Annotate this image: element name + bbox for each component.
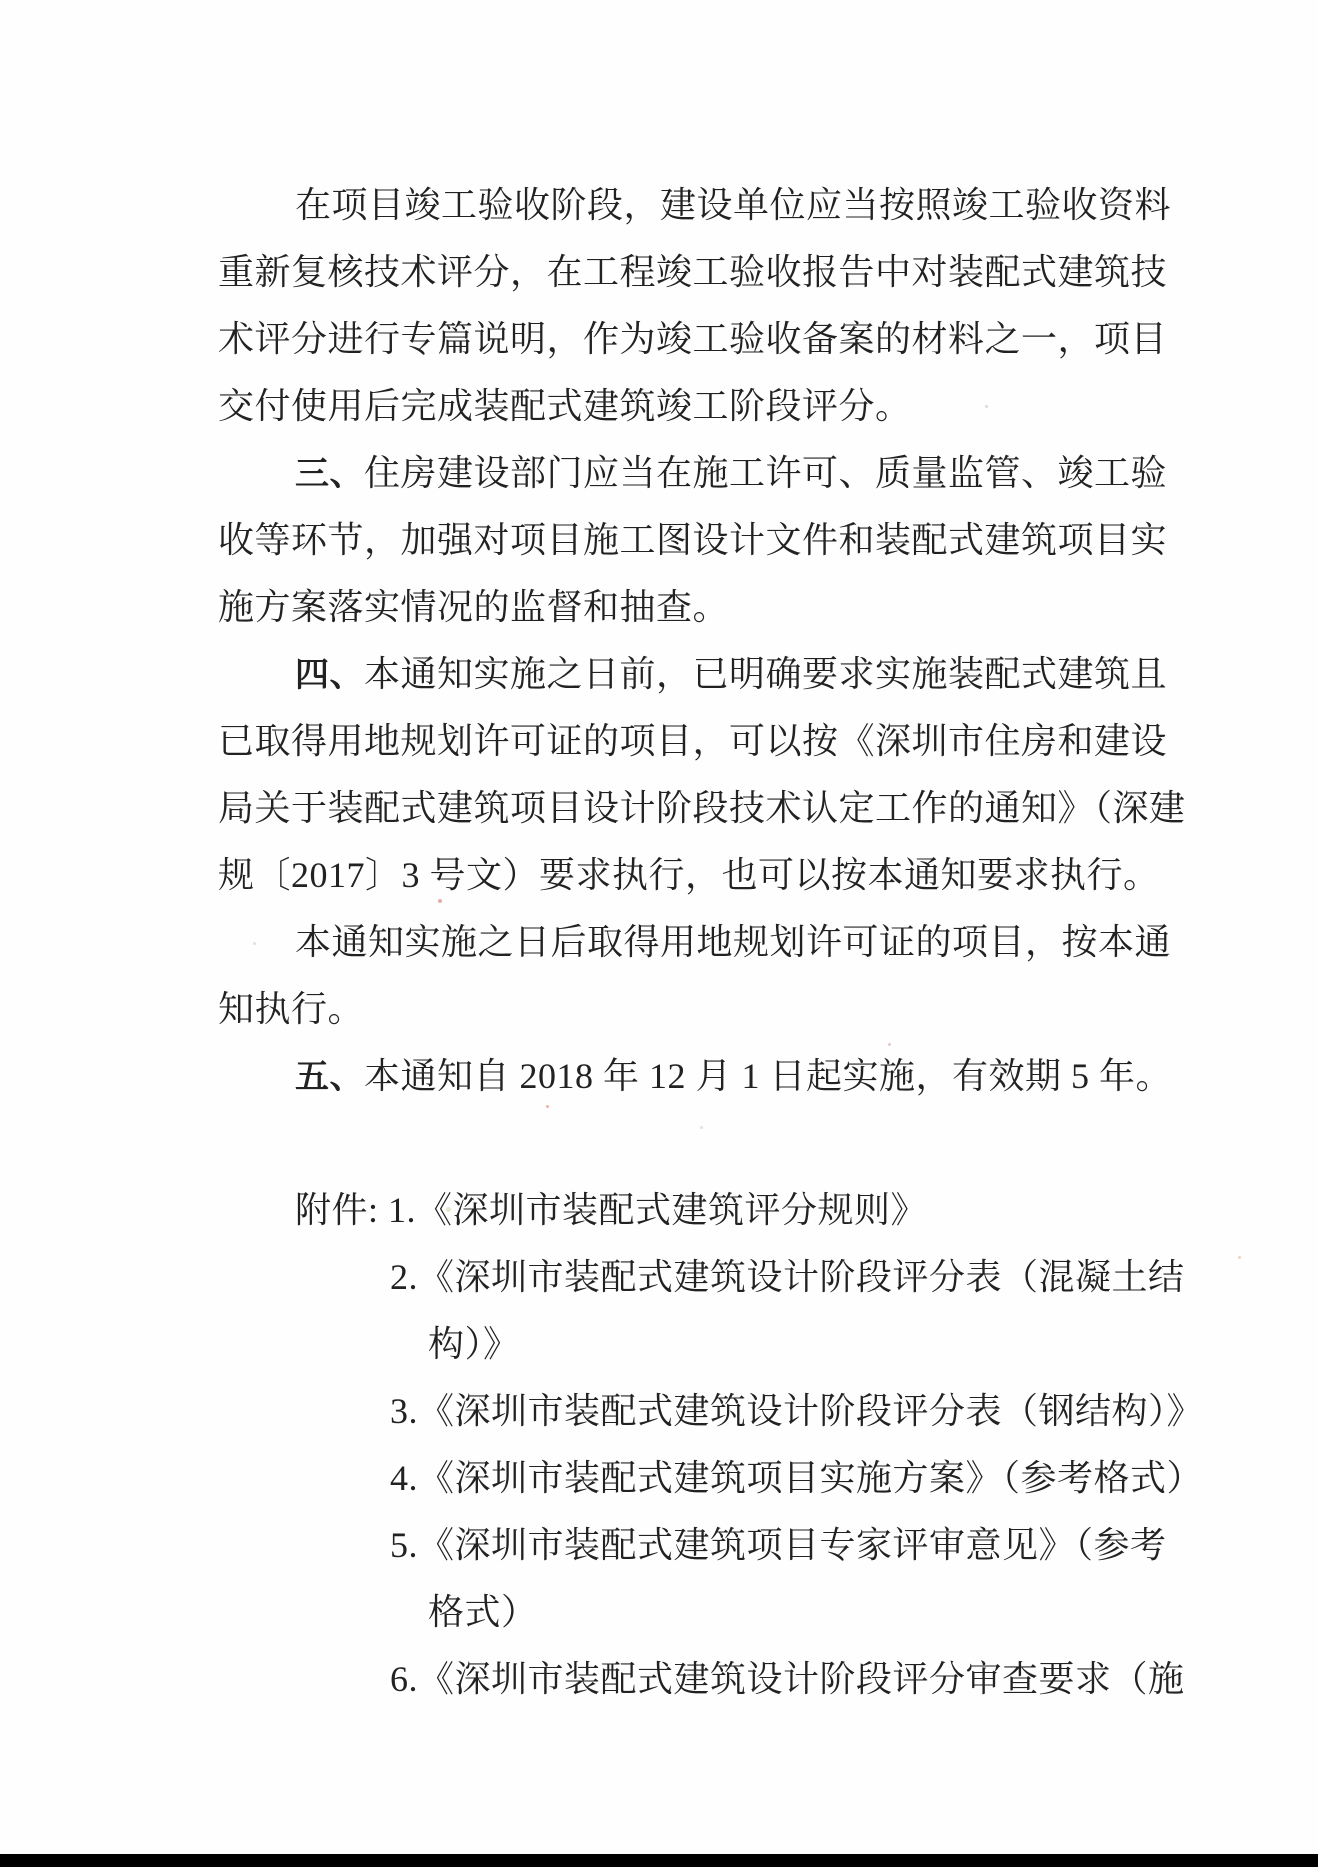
document-page: 在项目竣工验收阶段，建设单位应当按照竣工验收资料重新复核技术评分，在工程竣工验收… (0, 0, 1318, 1867)
text-line: 3.《深圳市装配式建筑设计阶段评分表（钢结构）》 (218, 1378, 1178, 1445)
text-line: 在项目竣工验收阶段，建设单位应当按照竣工验收资料 (218, 172, 1178, 239)
line-text: 2.《深圳市装配式建筑设计阶段评分表（混凝土结 (390, 1257, 1185, 1297)
text-line: 五、本通知自 2018 年 12 月 1 日起实施，有效期 5 年。 (218, 1043, 1178, 1110)
text-line: 知执行。 (218, 976, 1178, 1043)
line-text: 本通知实施之日后取得用地规划许可证的项目，按本通 (295, 922, 1171, 962)
text-line: 附件: 1.《深圳市装配式建筑评分规则》 (218, 1177, 1178, 1244)
line-text: 住房建设部门应当在施工许可、质量监管、竣工验 (364, 453, 1167, 493)
scan-noise-speck (546, 1105, 549, 1108)
blank-line (218, 1110, 1178, 1177)
line-text: 5.《深圳市装配式建筑项目专家评审意见》（参考 (390, 1525, 1167, 1565)
scan-noise-speck (700, 1126, 703, 1129)
line-text: 规〔2017〕3 号文）要求执行，也可以按本通知要求执行。 (218, 855, 1160, 895)
scan-noise-speck (1238, 1256, 1241, 1259)
text-line: 局关于装配式建筑项目设计阶段技术认定工作的通知》（深建 (218, 775, 1178, 842)
text-line: 4.《深圳市装配式建筑项目实施方案》（参考格式） (218, 1445, 1178, 1512)
scan-noise-speck (438, 899, 442, 903)
section-number: 三、 (295, 455, 364, 493)
scan-noise-speck (888, 1043, 891, 1046)
text-line: 四、本通知实施之日前，已明确要求实施装配式建筑且 (218, 641, 1178, 708)
text-line: 格式） (218, 1579, 1178, 1646)
line-text: 6.《深圳市装配式建筑设计阶段评分审查要求（施 (390, 1659, 1185, 1699)
text-line: 规〔2017〕3 号文）要求执行，也可以按本通知要求执行。 (218, 842, 1178, 909)
text-line: 重新复核技术评分，在工程竣工验收报告中对装配式建筑技 (218, 239, 1178, 306)
text-line: 交付使用后完成装配式建筑竣工阶段评分。 (218, 373, 1178, 440)
line-text: 重新复核技术评分，在工程竣工验收报告中对装配式建筑技 (218, 252, 1167, 292)
text-line: 本通知实施之日后取得用地规划许可证的项目，按本通 (218, 909, 1178, 976)
section-number: 四、 (295, 656, 364, 694)
line-text: 局关于装配式建筑项目设计阶段技术认定工作的通知》（深建 (218, 788, 1186, 828)
text-line: 施方案落实情况的监督和抽查。 (218, 574, 1178, 641)
scan-noise-speck (985, 405, 988, 408)
text-line: 三、住房建设部门应当在施工许可、质量监管、竣工验 (218, 440, 1178, 507)
text-line: 收等环节，加强对项目施工图设计文件和装配式建筑项目实 (218, 507, 1178, 574)
line-text: 交付使用后完成装配式建筑竣工阶段评分。 (218, 386, 912, 426)
scan-noise-speck (253, 942, 256, 945)
text-line: 6.《深圳市装配式建筑设计阶段评分审查要求（施 (218, 1646, 1178, 1713)
line-text: 3.《深圳市装配式建筑设计阶段评分表（钢结构）》 (390, 1391, 1203, 1431)
scan-edge-bar (0, 1854, 1318, 1867)
text-line: 已取得用地规划许可证的项目，可以按《深圳市住房和建设 (218, 708, 1178, 775)
section-number: 五、 (295, 1058, 364, 1096)
line-text: 4.《深圳市装配式建筑项目实施方案》（参考格式） (390, 1458, 1203, 1498)
text-line: 5.《深圳市装配式建筑项目专家评审意见》（参考 (218, 1512, 1178, 1579)
line-text: 本通知自 2018 年 12 月 1 日起实施，有效期 5 年。 (364, 1056, 1172, 1096)
line-text: 收等环节，加强对项目施工图设计文件和装配式建筑项目实 (218, 520, 1167, 560)
line-text: 格式） (428, 1592, 538, 1632)
line-text: 施方案落实情况的监督和抽查。 (218, 587, 729, 627)
text-line: 构）》 (218, 1311, 1178, 1378)
line-text: 在项目竣工验收阶段，建设单位应当按照竣工验收资料 (295, 185, 1171, 225)
line-text: 已取得用地规划许可证的项目，可以按《深圳市住房和建设 (218, 721, 1167, 761)
scan-noise-speck (446, 1207, 451, 1212)
line-text: 本通知实施之日前，已明确要求实施装配式建筑且 (364, 654, 1167, 694)
line-text: 构）》 (428, 1324, 520, 1364)
line-text: 知执行。 (218, 989, 364, 1029)
text-block: 在项目竣工验收阶段，建设单位应当按照竣工验收资料重新复核技术评分，在工程竣工验收… (218, 172, 1178, 1713)
line-text: 附件: 1.《深圳市装配式建筑评分规则》 (295, 1190, 927, 1230)
line-text: 术评分进行专篇说明，作为竣工验收备案的材料之一，项目 (218, 319, 1167, 359)
text-line: 术评分进行专篇说明，作为竣工验收备案的材料之一，项目 (218, 306, 1178, 373)
text-line: 2.《深圳市装配式建筑设计阶段评分表（混凝土结 (218, 1244, 1178, 1311)
